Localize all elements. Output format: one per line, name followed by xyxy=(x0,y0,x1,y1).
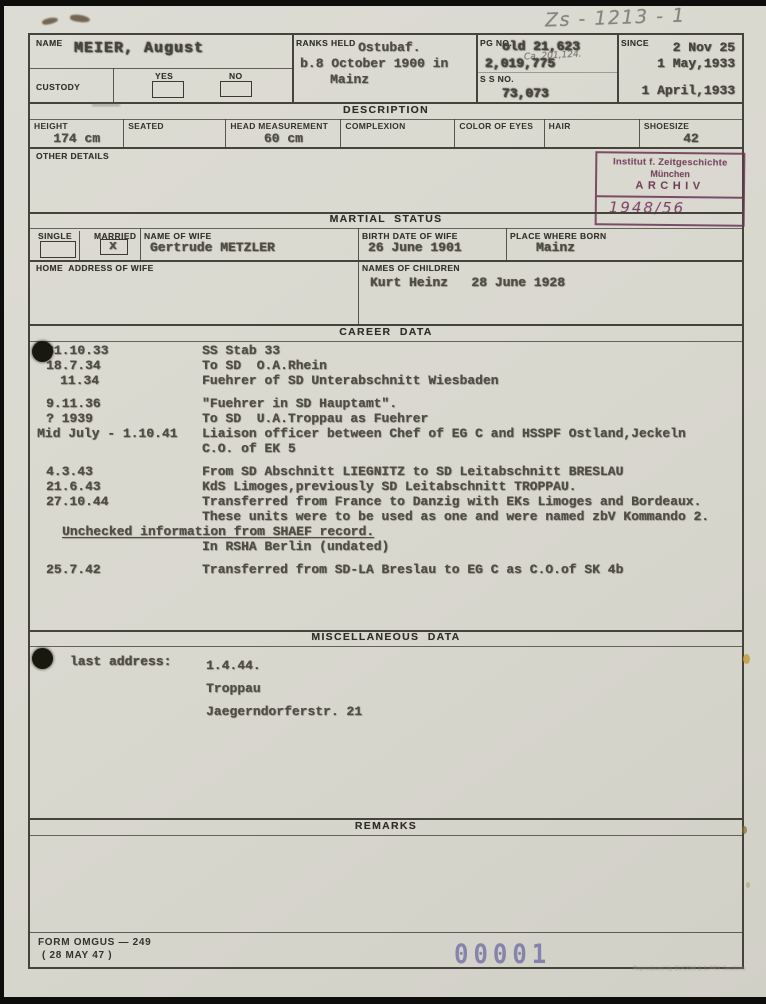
description-section-title: DESCRIPTION xyxy=(30,102,742,120)
career-entry: 4.3.43 From SD Abschnitt LIEGNITZ to SD … xyxy=(30,464,742,479)
field-label: SEATED xyxy=(128,122,164,131)
ranks-line: Ostubaf. xyxy=(358,40,476,56)
custody-label: CUSTODY xyxy=(36,83,80,92)
career-entry-date: ? 1939 xyxy=(30,411,202,426)
career-entry: C.O. of EK 5 xyxy=(30,441,742,456)
paper-sheet: Zs - 1213 - 1 NAME MEIER, August CUSTODY… xyxy=(4,6,766,997)
field-value: 42 xyxy=(640,131,742,146)
remarks-section-title: REMARKS xyxy=(30,818,742,836)
career-entry-date xyxy=(30,441,202,456)
scanned-document: Zs - 1213 - 1 NAME MEIER, August CUSTODY… xyxy=(0,0,766,1004)
career-entry: Mid July - 1.10.41 Liaison officer betwe… xyxy=(30,426,742,441)
career-entry-text: To SD U.A.Troppau as Fuehrer xyxy=(202,411,742,426)
married-checkmark: x xyxy=(109,238,117,253)
career-entry-date: 27.10.44 xyxy=(30,494,202,509)
career-entry-text: To SD O.A.Rhein xyxy=(202,358,742,373)
career-entry: 11.34 Fuehrer of SD Unterabschnitt Wiesb… xyxy=(30,373,742,388)
career-entry-text: Unchecked information from SHAEF record. xyxy=(62,524,742,539)
custody-yes-checkbox xyxy=(152,81,184,98)
career-data-section-title: CAREER DATA xyxy=(30,324,742,342)
rule xyxy=(79,231,80,260)
martial-status-section-title: MARTIAL STATUS xyxy=(30,212,742,229)
career-entry: Unchecked information from SHAEF record. xyxy=(30,524,742,539)
rule xyxy=(476,72,617,73)
career-entry-text: Liaison officer between Chef of EG C and… xyxy=(202,426,742,441)
career-entry: 25.7.42 Transferred from SD-LA Breslau t… xyxy=(30,562,742,577)
career-entry-text: Transferred from SD-LA Breslau to EG C a… xyxy=(202,562,742,577)
career-entry: In RSHA Berlin (undated) xyxy=(30,539,742,554)
career-entry-text: "Fuehrer in SD Hauptamt". xyxy=(202,396,742,411)
home-address-of-wife-label: HOME ADDRESS OF WIFE xyxy=(36,264,154,273)
career-entry: 31.10.33 SS Stab 33 xyxy=(30,343,742,358)
rule xyxy=(113,68,114,102)
archive-reference-handwritten: Zs - 1213 - 1 xyxy=(545,5,686,32)
place-where-born-value: Mainz xyxy=(536,240,575,255)
field-label: HEAD MEASUREMENT xyxy=(230,122,328,131)
birth-date-of-wife-value: 26 June 1901 xyxy=(368,240,462,255)
career-entry-date: 18.7.34 xyxy=(30,358,202,373)
custody-no-checkbox xyxy=(220,81,252,97)
stamp-archiv: ARCHIV xyxy=(597,179,743,194)
form-date: ( 28 MAY 47 ) xyxy=(42,949,112,962)
career-entry-text: From SD Abschnitt LIEGNITZ to SD Leitabs… xyxy=(202,464,742,479)
rule xyxy=(476,35,478,102)
hole-punch xyxy=(32,648,53,669)
rule xyxy=(30,147,742,149)
description-field: COMPLEXION xyxy=(341,119,455,147)
miscellaneous-data-section-title: MISCELLANEOUS DATA xyxy=(30,630,742,647)
career-entry: 27.10.44 Transferred from France to Danz… xyxy=(30,494,742,509)
custody-no-label: NO xyxy=(229,72,243,81)
description-field: HEAD MEASUREMENT 60 cm xyxy=(226,119,341,147)
since-values: 2 Nov 251 May,19331 April,1933 xyxy=(617,40,738,99)
career-entry: These units were to be used as one and w… xyxy=(30,509,742,524)
career-entry-date: 4.3.43 xyxy=(30,464,202,479)
single-label: SINGLE xyxy=(38,232,72,241)
name-label: NAME xyxy=(36,39,63,48)
field-label: COMPLEXION xyxy=(345,122,405,131)
ink-smudge xyxy=(42,16,59,25)
career-entry-text: SS Stab 33 xyxy=(202,343,742,358)
address-line: Troppau xyxy=(206,677,362,700)
career-entry-date: 31.10.33 xyxy=(30,343,202,358)
rule xyxy=(292,35,294,102)
form-omgus-249: NAME MEIER, August CUSTODY YES NO RANKS … xyxy=(28,33,744,969)
career-entry-text: Fuehrer of SD Unterabschnitt Wiesbaden xyxy=(202,373,742,388)
field-label: COLOR OF EYES xyxy=(459,122,533,131)
hole-punch xyxy=(32,341,53,362)
field-label: HEIGHT xyxy=(34,122,68,131)
rule xyxy=(140,228,141,260)
reproduction-microprint: Reproduced by EUCOM & S.PRX Sections xyxy=(633,966,745,972)
career-entry-date xyxy=(30,509,202,524)
name-of-wife-value: Gertrude METZLER xyxy=(150,240,275,255)
career-entry-date: Mid July - 1.10.41 xyxy=(30,426,202,441)
career-entry-text: In RSHA Berlin (undated) xyxy=(202,539,742,554)
names-of-children-label: NAMES OF CHILDREN xyxy=(362,264,460,273)
career-entry-text: Transferred from France to Danzig with E… xyxy=(202,494,742,509)
career-entry-text: KdS Limoges,previously SD Leitabschnitt … xyxy=(202,479,742,494)
ranks-line: b.8 October 1900 in xyxy=(300,56,476,72)
rule xyxy=(358,228,359,324)
paper-stain xyxy=(743,654,750,664)
description-fields: HEIGHT 174 cm SEATED HEAD MEASUREMENT 60… xyxy=(30,119,742,147)
field-label: HAIR xyxy=(549,122,571,131)
career-entry-date xyxy=(30,539,202,554)
ink-smudge xyxy=(70,14,91,24)
ranks-held-value: Ostubaf.b.8 October 1900 inMainz xyxy=(296,40,476,88)
since-date: 1 May,1933 xyxy=(617,56,738,72)
rule xyxy=(506,228,507,260)
ss-no-label: S S NO. xyxy=(480,75,514,84)
other-details-label: OTHER DETAILS xyxy=(36,152,109,161)
single-checkbox xyxy=(40,241,76,258)
career-entry: 21.6.43 KdS Limoges,previously SD Leitab… xyxy=(30,479,742,494)
since-date: 2 Nov 25 xyxy=(617,40,738,56)
career-entry-date: 21.6.43 xyxy=(30,479,202,494)
description-field: SEATED xyxy=(124,119,226,147)
description-field: SHOESIZE 42 xyxy=(640,119,742,147)
ss-no-value: 73,073 xyxy=(502,86,549,101)
rule xyxy=(30,260,742,262)
form-number: FORM OMGUS — 249 xyxy=(38,936,151,949)
career-entry-text: C.O. of EK 5 xyxy=(202,441,742,456)
rule xyxy=(30,68,292,69)
ranks-line: Mainz xyxy=(330,72,476,88)
since-date: 1 April,1933 xyxy=(617,83,738,99)
name-value: MEIER, August xyxy=(74,41,204,56)
field-value: 174 cm xyxy=(30,131,123,146)
description-field: COLOR OF EYES xyxy=(455,119,544,147)
field-label: SHOESIZE xyxy=(644,122,689,131)
rule xyxy=(30,932,742,933)
serial-number-stamp: 00001 xyxy=(454,938,551,969)
career-entry-date: 11.34 xyxy=(30,373,202,388)
address-line: 1.4.44. xyxy=(206,654,362,677)
custody-yes-label: YES xyxy=(155,72,173,81)
description-field: HAIR xyxy=(545,119,640,147)
career-entry: 18.7.34 To SD O.A.Rhein xyxy=(30,358,742,373)
names-of-children-value: Kurt Heinz 28 June 1928 xyxy=(370,275,565,290)
career-entry-text: These units were to be used as one and w… xyxy=(202,509,742,524)
career-entry-date: 9.11.36 xyxy=(30,396,202,411)
field-value: 60 cm xyxy=(226,131,340,146)
address-line: Jaegerndorferstr. 21 xyxy=(206,700,362,723)
career-entries: 31.10.33 SS Stab 33 18.7.34 To SD O.A.Rh… xyxy=(30,343,742,577)
pg-no-new-value: 2,019,775 xyxy=(485,56,555,71)
paper-stain xyxy=(746,882,750,888)
career-entry: ? 1939 To SD U.A.Troppau as Fuehrer xyxy=(30,411,742,426)
last-address-value: 1.4.44.TroppauJaegerndorferstr. 21 xyxy=(206,654,362,723)
paper-stain xyxy=(742,826,747,834)
career-entry: 9.11.36 "Fuehrer in SD Hauptamt". xyxy=(30,396,742,411)
description-field: HEIGHT 174 cm xyxy=(30,119,124,147)
married-checkbox: x xyxy=(100,239,128,255)
stamp-institution: Institut f. Zeitgeschichte xyxy=(597,156,743,170)
last-address-label: last address: xyxy=(70,654,171,669)
career-entry-date: 25.7.42 xyxy=(30,562,202,577)
